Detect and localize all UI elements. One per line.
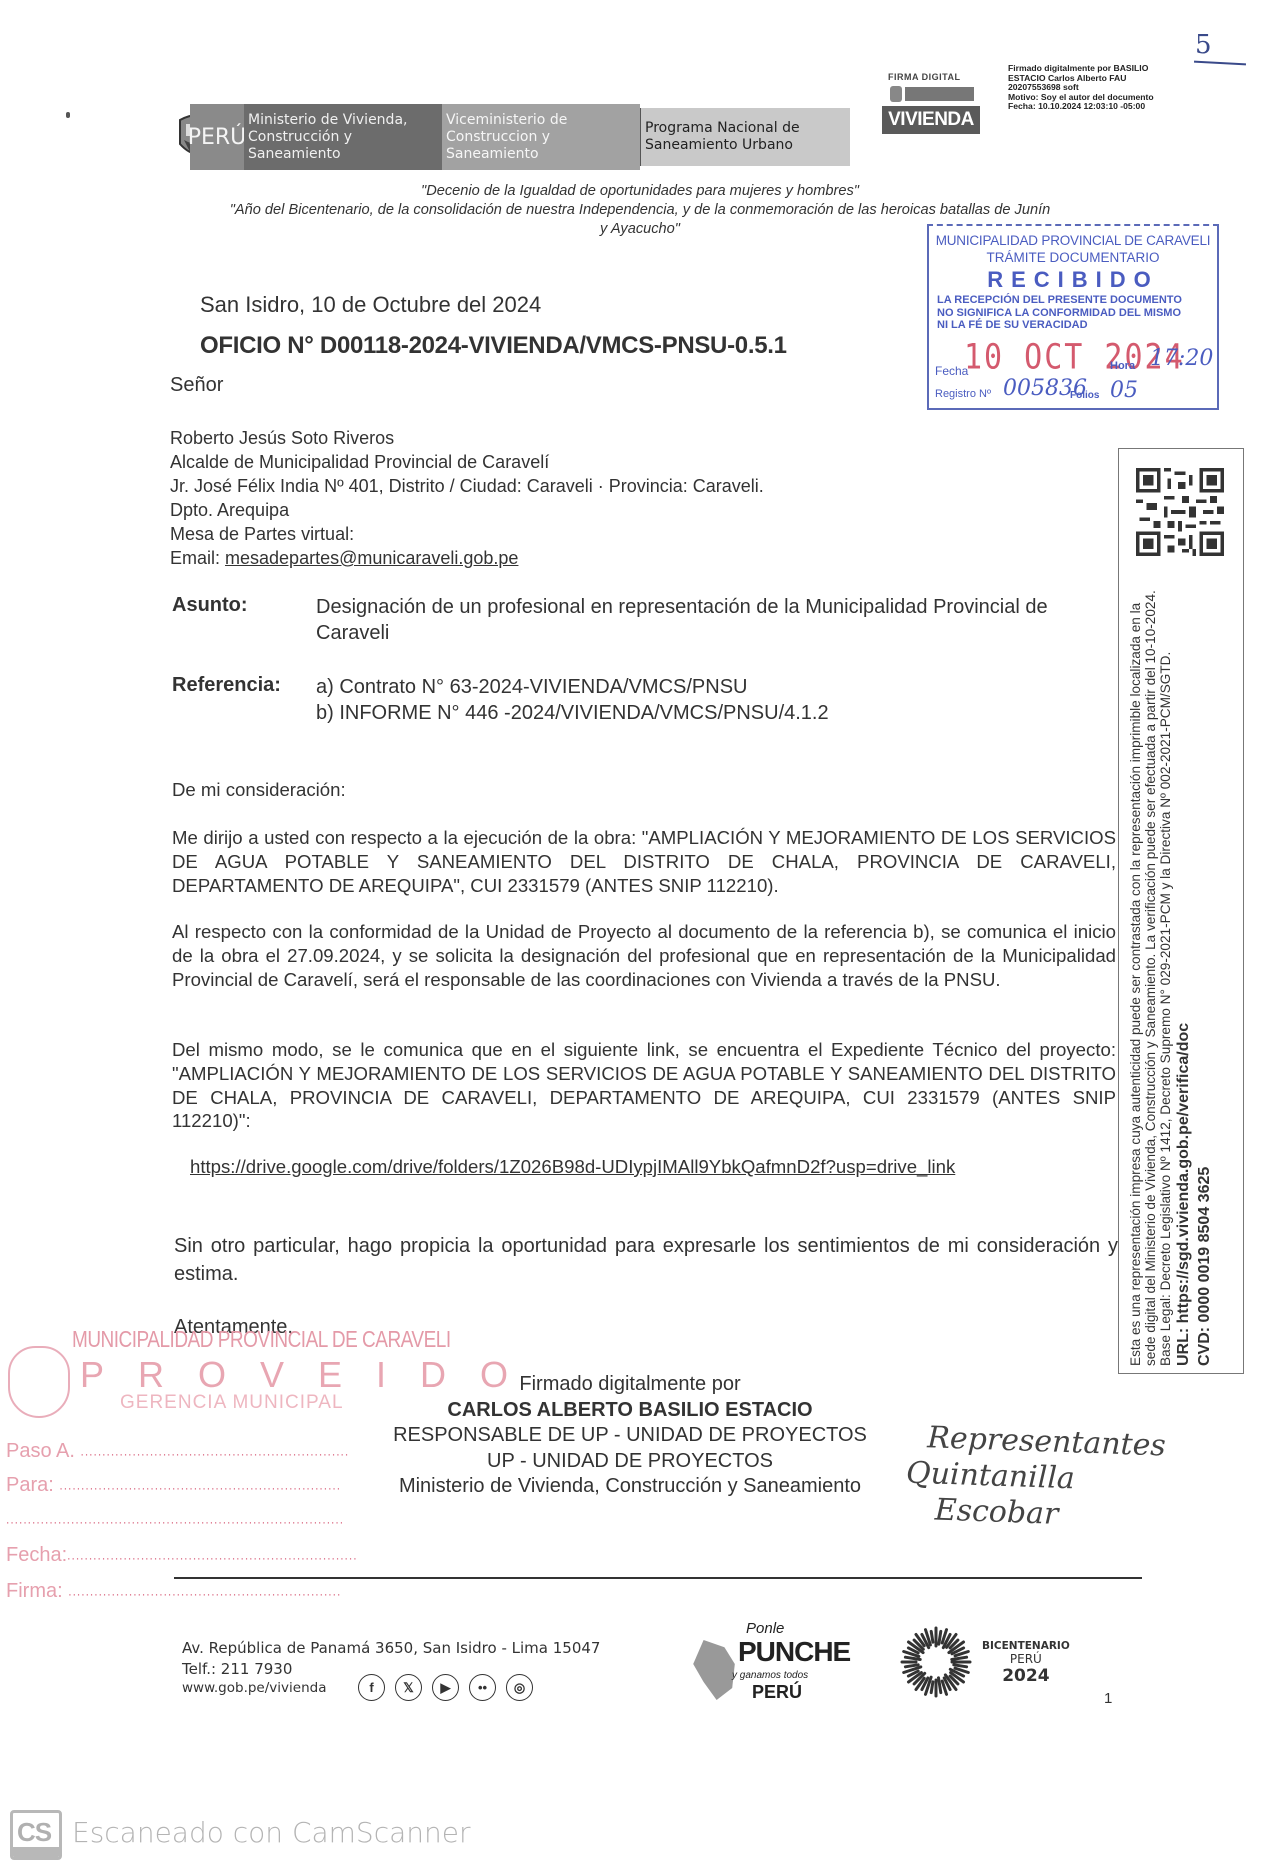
proveido-stamp-header: MUNICIPALIDAD PROVINCIAL DE CARAVELI [72,1328,451,1354]
signer-ministry: Ministerio de Vivienda, Construcción y S… [340,1474,920,1500]
handwritten-page-mark: 5 [1195,30,1212,60]
proveido-field-fecha: Fecha:..................................… [6,1544,396,1567]
oficio-number: OFICIO N° D00118-2024-VIVIENDA/VMCS-PNSU… [200,332,787,360]
verification-cvd: CVD: 0000 0019 8504 3625 [1194,570,1215,1366]
paragraph-3: Del mismo modo, se le comunica que en el… [172,1038,1116,1133]
recipient-title: Alcalde de Municipalidad Provincial de C… [170,450,764,474]
facebook-icon[interactable]: f [358,1674,385,1701]
place-and-date: San Isidro, 10 de Octubre del 2024 [200,292,541,318]
vivienda-badge: VIVIENDA [882,106,980,134]
recipient-department: Dpto. Arequipa [170,498,764,522]
camscanner-logo-icon: CS [10,1810,62,1860]
digital-signature-metadata: Firmado digitalmente por BASILIO ESTACIO… [1008,64,1154,112]
stamp-received-time: 17:20 [1150,346,1213,371]
expediente-drive-link[interactable]: https://drive.google.com/drive/folders/1… [190,1156,955,1178]
digital-signature-label: FIRMA DIGITAL [888,72,961,82]
handwritten-annotation: Representantes Quintanilla Escobar [904,1420,1166,1537]
x-icon[interactable]: 𝕏 [395,1674,422,1701]
municipal-coat-stamp-icon [8,1346,70,1418]
page-number: 1 [1104,1690,1112,1707]
recipient-address: Jr. José Félix India Nº 401, Distrito / … [170,474,764,498]
divider-line [174,1577,1142,1579]
mini-coat-icon [890,86,902,102]
referencia-item: b) INFORME N° 446 -2024/VIVIENDA/VMCS/PN… [316,700,829,726]
signer-unit: UP - UNIDAD DE PROYECTOS [340,1449,920,1475]
stamp-hora-label: Hora [1110,360,1135,372]
scan-speck [66,112,70,118]
footer-website[interactable]: www.gob.pe/vivienda [182,1680,326,1696]
proveido-stamp-subtitle: GERENCIA MUNICIPAL [120,1392,344,1414]
referencia-list: a) Contrato N° 63-2024-VIVIENDA/VMCS/PNS… [316,674,829,726]
government-header-bar: PERÚ Ministerio de Vivienda, Construcció… [190,104,850,170]
proveido-field-para: Para: ..................................… [6,1474,396,1497]
stamp-folios-count: 05 [1110,378,1138,403]
received-status: RECIBIDO [929,266,1217,294]
asunto-text: Designación de un profesional en represe… [316,594,1056,646]
ministry-name: Ministerio de Vivienda, Construcción y S… [244,104,442,170]
email-link[interactable]: mesadepartes@municaraveli.gob.pe [225,548,518,568]
digital-signature-mini-logo [890,84,974,104]
verification-url[interactable]: URL: https://sgd.vivienda.gob.pe/verific… [1173,570,1194,1366]
asunto-label: Asunto: [172,594,248,617]
verification-notice: Esta es una representación impresa cuya … [1128,570,1215,1366]
camscanner-caption: Escaneado con CamScanner [72,1816,470,1849]
recipient-email-line: Email: mesadepartes@municaraveli.gob.pe [170,546,764,570]
flickr-icon[interactable]: •• [469,1674,496,1701]
proveido-field-blank: ........................................… [6,1508,396,1531]
bicentenario-sunburst-icon [896,1622,976,1702]
social-icons: f 𝕏 ▶ •• ◎ [358,1674,533,1701]
recipient-name: Roberto Jesús Soto Riveros [170,426,764,450]
salutation: Señor [170,374,223,397]
closing-paragraph: Sin otro particular, hago propicia la op… [174,1232,1118,1288]
viceministry-name: Viceministerio de Construccion y Saneami… [442,104,640,170]
recipient-block: Roberto Jesús Soto Riveros Alcalde de Mu… [170,426,764,570]
signer-name: CARLOS ALBERTO BASILIO ESTACIO [340,1398,920,1424]
peru-label: PERÚ [190,104,244,170]
referencia-item: a) Contrato N° 63-2024-VIVIENDA/VMCS/PNS… [316,674,829,700]
signature-block: Firmado digitalmente por CARLOS ALBERTO … [340,1372,920,1500]
bicentenario-logo-text: BICENTENARIO PERÚ 2024 [982,1640,1070,1686]
youtube-icon[interactable]: ▶ [432,1674,459,1701]
paragraph-1: Me dirijo a usted con respecto a la ejec… [172,826,1116,897]
stamp-folios-label: Folios [1070,390,1099,401]
greeting: De mi consideración: [172,778,1116,802]
stamp-registro-label: Registro Nº [935,388,991,400]
proveido-field-firma: Firma: .................................… [6,1580,396,1603]
program-name: Programa Nacional de Saneamiento Urbano [640,108,850,166]
instagram-icon[interactable]: ◎ [506,1674,533,1701]
qr-code-icon[interactable] [1136,468,1224,556]
recipient-mesa-partes: Mesa de Partes virtual: [170,522,764,546]
signer-role: RESPONSABLE DE UP - UNIDAD DE PROYECTOS [340,1423,920,1449]
referencia-label: Referencia: [172,674,281,697]
paragraph-2: Al respecto con la conformidad de la Uni… [172,920,1116,991]
page-mark-underline [1194,61,1246,66]
proveido-field-paso: Paso A. ................................… [6,1440,396,1463]
ponle-punche-logo: Ponle PUNCHE y ganamos todos PERÚ [680,1620,830,1710]
